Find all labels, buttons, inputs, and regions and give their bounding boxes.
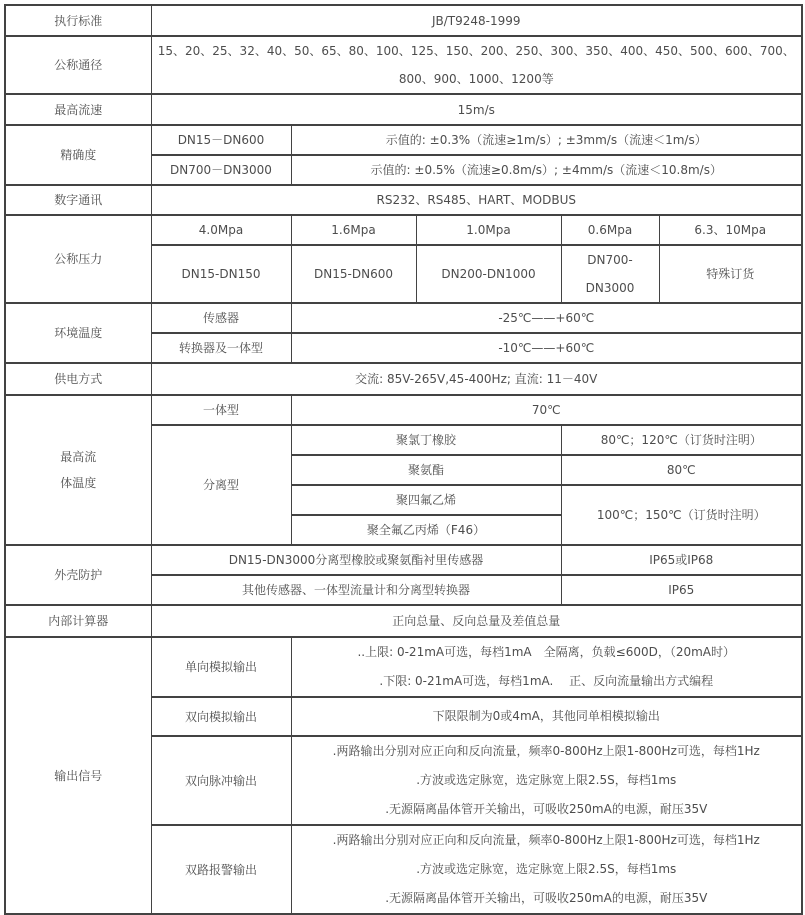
output-analog-single-line-2: .下限: 0-21mA可选，每档1mA. 正、反向流量输出方式编程 — [296, 667, 798, 696]
row-internal-calc: 内部计算器 正向总量、反向总量及差值总量 — [5, 605, 802, 637]
fluid-temp-integrated-value: 70℃ — [291, 395, 802, 425]
output-value-analog-single: ..上限: 0-21mA可选，每档1mA 全隔离，负载≤600D，（20mA时）… — [291, 637, 802, 697]
label-enclosure: 外壳防护 — [5, 545, 151, 605]
output-pulse-line-1: .两路输出分别对应正向和反向流量，频率0-800Hz上限1-800Hz可选，每档… — [296, 737, 798, 766]
spec-page: 执行标准 JB/T9248-1999 公称通径 15、20、25、32、40、5… — [0, 0, 805, 876]
fluid-temp-separated-label: 分离型 — [151, 425, 291, 545]
accuracy-value-1: 示值的: ±0.3%（流速≥1m/s）; ±3mm/s（流速＜1m/s） — [291, 125, 802, 155]
lining-ptfe-f46-value: 100℃；150℃（订货时注明） — [561, 485, 802, 545]
output-pulse-line-2: .方波或选定脉宽，选定脉宽上限2.5S，每档1ms — [296, 766, 798, 795]
output-analog-single-line-1: ..上限: 0-21mA可选，每档1mA 全隔离，负载≤600D，（20mA时） — [296, 638, 798, 667]
value-digital-comm: RS232、RS485、HART、MODBUS — [151, 185, 802, 215]
ambient-value-1: -25℃——+60℃ — [291, 303, 802, 333]
output-value-analog-dual: 下限限制为0或4mA，其他同单相模拟输出 — [291, 697, 802, 736]
pressure-range-5: 特殊订货 — [659, 245, 802, 303]
ambient-part-1: 传感器 — [151, 303, 291, 333]
pressure-range-2: DN15-DN600 — [291, 245, 416, 303]
output-value-pulse-dual: .两路输出分别对应正向和反向流量，频率0-800Hz上限1-800Hz可选，每档… — [291, 736, 802, 825]
output-alarm-line-3: .无源隔离晶体管开关输出，可吸收250mA的电源，耐压35V — [296, 884, 798, 913]
label-executive-standard: 执行标准 — [5, 5, 151, 36]
lining-rubber: 聚氯丁橡胶 — [291, 425, 561, 455]
row-digital-comm: 数字通讯 RS232、RS485、HART、MODBUS — [5, 185, 802, 215]
pressure-4: 0.6Mpa — [561, 215, 659, 245]
value-executive-standard: JB/T9248-1999 — [151, 5, 802, 36]
lining-polyurethane: 聚氨酯 — [291, 455, 561, 485]
pressure-range-4: DN700-DN3000 — [561, 245, 659, 303]
output-alarm-line-1: .两路输出分别对应正向和反向流量，频率0-800Hz上限1-800Hz可选，每档… — [296, 826, 798, 855]
flowmeter-spec-table: 执行标准 JB/T9248-1999 公称通径 15、20、25、32、40、5… — [4, 4, 803, 915]
enclosure-value-1: IP65或IP68 — [561, 545, 802, 575]
lining-polyurethane-value: 80℃ — [561, 455, 802, 485]
output-pulse-line-3: .无源隔离晶体管开关输出，可吸收250mA的电源，耐压35V — [296, 795, 798, 824]
label-digital-comm: 数字通讯 — [5, 185, 151, 215]
row-executive-standard: 执行标准 JB/T9248-1999 — [5, 5, 802, 36]
pressure-range-3: DN200-DN1000 — [416, 245, 561, 303]
pressure-1: 4.0Mpa — [151, 215, 291, 245]
output-alarm-line-2: .方波或选定脉宽，选定脉宽上限2.5S，每档1ms — [296, 855, 798, 884]
label-accuracy: 精确度 — [5, 125, 151, 185]
row-ambient-temp-1: 环境温度 传感器 -25℃——+60℃ — [5, 303, 802, 333]
output-value-alarm-dual: .两路输出分别对应正向和反向流量，频率0-800Hz上限1-800Hz可选，每档… — [291, 825, 802, 914]
row-fluid-temp-integrated: 最高流体温度 一体型 70℃ — [5, 395, 802, 425]
pressure-3: 1.0Mpa — [416, 215, 561, 245]
pressure-range-1: DN15-DN150 — [151, 245, 291, 303]
label-internal-calc: 内部计算器 — [5, 605, 151, 637]
output-type-analog-dual: 双向模拟输出 — [151, 697, 291, 736]
output-type-pulse-dual: 双向脉冲输出 — [151, 736, 291, 825]
value-max-velocity: 15m/s — [151, 94, 802, 125]
accuracy-range-1: DN15－DN600 — [151, 125, 291, 155]
pressure-5: 6.3、10Mpa — [659, 215, 802, 245]
row-nominal-diameter: 公称通径 15、20、25、32、40、50、65、80、100、125、150… — [5, 36, 802, 94]
lining-f46: 聚全氟乙丙烯（F46） — [291, 515, 561, 545]
label-nominal-pressure: 公称压力 — [5, 215, 151, 303]
value-nominal-diameter: 15、20、25、32、40、50、65、80、100、125、150、200、… — [151, 36, 802, 94]
value-internal-calc: 正向总量、反向总量及差值总量 — [151, 605, 802, 637]
label-nominal-diameter: 公称通径 — [5, 36, 151, 94]
row-enclosure-1: 外壳防护 DN15-DN3000分离型橡胶或聚氨酯衬里传感器 IP65或IP68 — [5, 545, 802, 575]
label-ambient-temp: 环境温度 — [5, 303, 151, 363]
label-power-supply: 供电方式 — [5, 363, 151, 395]
lining-rubber-value: 80℃；120℃（订货时注明） — [561, 425, 802, 455]
max-fluid-temp-label-text: 最高流体温度 — [58, 444, 98, 496]
accuracy-value-2: 示值的: ±0.5%（流速≥0.8m/s）; ±4mm/s（流速＜10.8m/s… — [291, 155, 802, 185]
accuracy-range-2: DN700－DN3000 — [151, 155, 291, 185]
label-max-velocity: 最高流速 — [5, 94, 151, 125]
row-accuracy-1: 精确度 DN15－DN600 示值的: ±0.3%（流速≥1m/s）; ±3mm… — [5, 125, 802, 155]
row-max-velocity: 最高流速 15m/s — [5, 94, 802, 125]
output-analog-dual-line-1: 下限限制为0或4mA，其他同单相模拟输出 — [296, 702, 798, 731]
fluid-temp-integrated-label: 一体型 — [151, 395, 291, 425]
enclosure-desc-2: 其他传感器、一体型流量计和分离型转换器 — [151, 575, 561, 605]
row-pressure-values: 公称压力 4.0Mpa 1.6Mpa 1.0Mpa 0.6Mpa 6.3、10M… — [5, 215, 802, 245]
row-output-analog-single: 输出信号 单向模拟输出 ..上限: 0-21mA可选，每档1mA 全隔离，负载≤… — [5, 637, 802, 697]
pressure-2: 1.6Mpa — [291, 215, 416, 245]
output-type-alarm-dual: 双路报警输出 — [151, 825, 291, 914]
row-power-supply: 供电方式 交流: 85V-265V,45-400Hz; 直流: 11－40V — [5, 363, 802, 395]
output-type-analog-single: 单向模拟输出 — [151, 637, 291, 697]
label-output-signal: 输出信号 — [5, 637, 151, 914]
value-power-supply: 交流: 85V-265V,45-400Hz; 直流: 11－40V — [151, 363, 802, 395]
ambient-value-2: -10℃——+60℃ — [291, 333, 802, 363]
lining-ptfe: 聚四氟乙烯 — [291, 485, 561, 515]
label-max-fluid-temp: 最高流体温度 — [5, 395, 151, 545]
enclosure-value-2: IP65 — [561, 575, 802, 605]
ambient-part-2: 转换器及一体型 — [151, 333, 291, 363]
enclosure-desc-1: DN15-DN3000分离型橡胶或聚氨酯衬里传感器 — [151, 545, 561, 575]
